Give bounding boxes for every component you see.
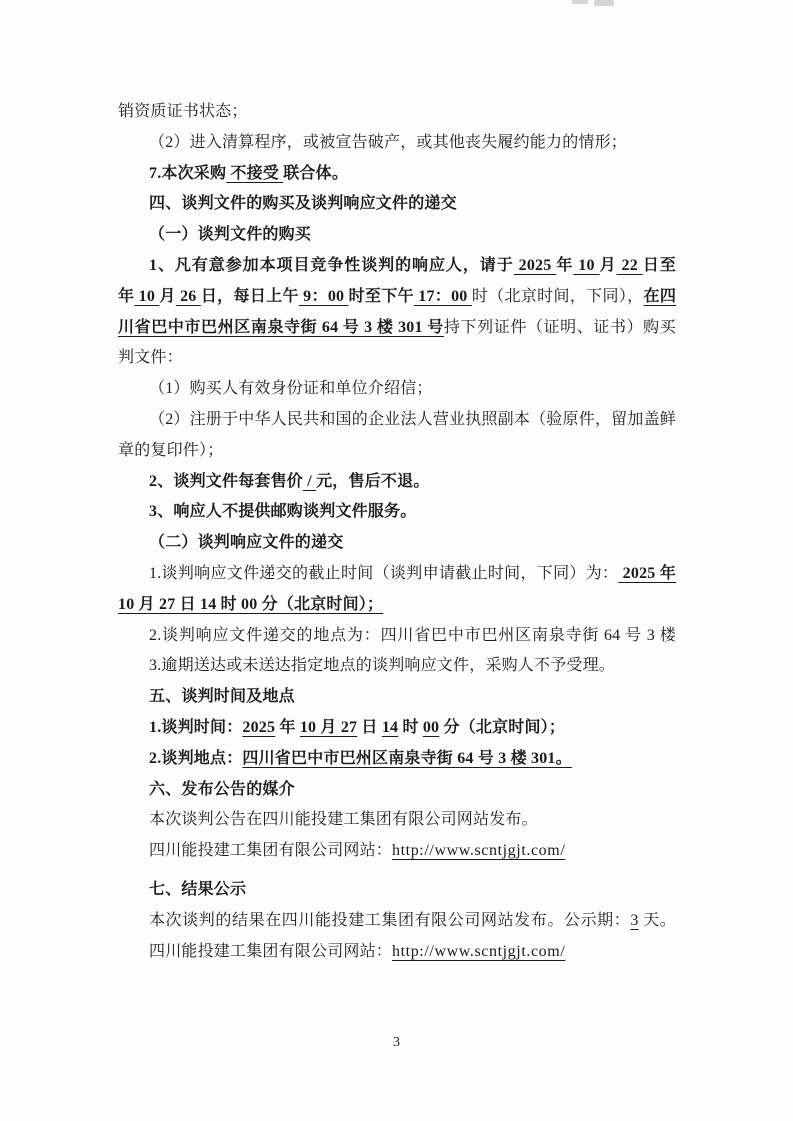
- text-segment: （一）谈判文件的购买: [149, 226, 311, 243]
- text-line: （1）购买人有效身份证和单位介绍信；: [118, 374, 676, 405]
- text-line: 年 10 月 26 日，每日上午 9：00 时至下午 17：00 时（北京时间，…: [118, 282, 676, 313]
- text-line: 章的复印件）；: [118, 436, 676, 467]
- text-line: 10 月 27 日 14 时 00 分（北京时间）；: [118, 590, 676, 621]
- scan-artifact: [572, 0, 588, 4]
- text-line: 五、谈判时间及地点: [118, 682, 676, 713]
- text-line: 判文件：: [118, 343, 676, 374]
- text-line: 3.逾期送达或未送达指定地点的谈判响应文件，采购人不予受理。: [118, 651, 676, 682]
- text-segment: 年: [556, 257, 573, 274]
- text-segment: 不接受: [226, 165, 283, 182]
- scan-artifact: [594, 0, 614, 6]
- text-segment: 联合体。: [283, 165, 348, 182]
- text-segment: 2025: [514, 257, 557, 274]
- text-line: 2.谈判响应文件递交的地点为：四川省巴中市巴州区南泉寺街 64 号 3 楼 30…: [118, 621, 676, 652]
- text-segment: 在四: [644, 288, 677, 305]
- text-segment: /: [303, 473, 316, 490]
- text-segment: 10 月 27 日 14 时 00 分（北京时间）；: [118, 596, 383, 613]
- text-line: （2）注册于中华人民共和国的企业法人营业执照副本（验原件，留加盖鲜: [118, 405, 676, 436]
- text-segment: 七、结果公示: [149, 881, 246, 898]
- text-segment: 22: [617, 257, 643, 274]
- document-body: 销资质证书状态；（2）进入清算程序，或被宣告破产，或其他丧失履约能力的情形；7.…: [118, 97, 676, 967]
- text-segment: 时至下午: [349, 288, 414, 305]
- text-segment: 判文件：: [118, 349, 183, 366]
- text-segment: 00: [423, 719, 439, 736]
- text-line: 本次谈判公告在四川能投建工集团有限公司网站发布。: [118, 805, 676, 836]
- document-page: 销资质证书状态；（2）进入清算程序，或被宣告破产，或其他丧失履约能力的情形；7.…: [0, 0, 793, 1121]
- text-segment: 四川省巴中市巴州区南泉寺街 64 号 3 楼 301。: [242, 750, 571, 767]
- text-segment: （2）进入清算程序，或被宣告破产，或其他丧失履约能力的情形；: [149, 134, 627, 151]
- text-segment: 1、凡有意参加本项目竞争性谈判的响应人，请于: [149, 257, 514, 274]
- text-segment: 9：00: [299, 288, 349, 305]
- text-segment: 2.谈判响应文件递交的地点为：四川省巴中市巴州区南泉寺街 64 号 3 楼 30…: [118, 627, 676, 652]
- text-segment: 分（北京时间）；: [439, 719, 565, 736]
- url-text: http://www.scntjgjt.com/: [392, 842, 565, 859]
- text-segment: 川省巴中市巴州区南泉寺街 64 号 3 楼 301 号: [118, 319, 444, 336]
- text-segment: 月: [600, 257, 617, 274]
- text-line: 1.谈判响应文件递交的截止时间（谈判申请截止时间，下同）为： 2025 年: [118, 559, 676, 590]
- text-segment: 六、发布公告的媒介: [149, 781, 295, 798]
- text-segment: 本次谈判公告在四川能投建工集团有限公司网站发布。: [149, 811, 538, 828]
- text-segment: 26: [176, 288, 201, 305]
- text-segment: （1）购买人有效身份证和单位介绍信；: [149, 380, 433, 397]
- text-segment: 1.谈判时间：: [149, 719, 242, 736]
- text-segment: 时（北京时间，下同），: [472, 288, 644, 305]
- text-segment: 2.谈判地点：: [149, 750, 242, 767]
- text-segment: 17：00: [414, 288, 472, 305]
- text-segment: 日: [357, 719, 382, 736]
- text-segment: 月: [159, 288, 175, 305]
- text-line: 2、谈判文件每套售价 / 元，售后不退。: [118, 467, 676, 498]
- text-segment: 2025 年: [618, 565, 676, 582]
- text-line: 销资质证书状态；: [118, 97, 676, 128]
- text-segment: 3.逾期送达或未送达指定地点的谈判响应文件，采购人不予受理。: [149, 657, 615, 674]
- text-line: 3、响应人不提供邮购谈判文件服务。: [118, 497, 676, 528]
- text-segment: 元，售后不退。: [316, 473, 429, 490]
- text-segment: 2025: [242, 719, 275, 736]
- text-segment: 年: [118, 288, 134, 305]
- text-line: 本次谈判的结果在四川能投建工集团有限公司网站发布。公示期：3 天。: [118, 906, 676, 937]
- text-segment: 2、谈判文件每套售价: [149, 473, 303, 490]
- text-segment: 五、谈判时间及地点: [149, 688, 295, 705]
- text-line: 四川能投建工集团有限公司网站：http://www.scntjgjt.com/: [118, 836, 676, 867]
- text-line: 7.本次采购 不接受 联合体。: [118, 159, 676, 190]
- text-segment: （二）谈判响应文件的递交: [149, 534, 343, 551]
- text-segment: 10: [573, 257, 599, 274]
- text-segment: 3: [630, 912, 638, 929]
- text-line: 2.谈判地点：四川省巴中市巴州区南泉寺街 64 号 3 楼 301。: [118, 744, 676, 775]
- text-line: 川省巴中市巴州区南泉寺街 64 号 3 楼 301 号持下列证件（证明、证书）购…: [118, 313, 676, 344]
- text-line: 七、结果公示: [118, 875, 676, 906]
- text-segment: 四川能投建工集团有限公司网站：: [149, 943, 392, 960]
- text-line: （2）进入清算程序，或被宣告破产，或其他丧失履约能力的情形；: [118, 128, 676, 159]
- text-line: 1、凡有意参加本项目竞争性谈判的响应人，请于 2025 年 10 月 22 日至…: [118, 251, 676, 282]
- text-segment: 章的复印件）；: [118, 442, 223, 459]
- text-segment: 四川能投建工集团有限公司网站：: [149, 842, 392, 859]
- text-line: 1.谈判时间：2025 年 10 月 27 日 14 时 00 分（北京时间）；: [118, 713, 676, 744]
- text-segment: 本次谈判的结果在四川能投建工集团有限公司网站发布。公示期：: [149, 912, 630, 929]
- text-segment: 日，每日上午: [201, 288, 299, 305]
- text-segment: 10 月 27: [300, 719, 357, 736]
- text-segment: 3、响应人不提供邮购谈判文件服务。: [149, 503, 416, 520]
- text-segment: 14: [382, 719, 398, 736]
- text-segment: 销资质证书状态；: [118, 103, 248, 120]
- text-segment: 1.谈判响应文件递交的截止时间（谈判申请截止时间，下同）为：: [149, 565, 618, 582]
- text-line: 四川能投建工集团有限公司网站：http://www.scntjgjt.com/: [118, 937, 676, 968]
- text-line: 四、谈判文件的购买及谈判响应文件的递交: [118, 189, 676, 220]
- text-segment: 四、谈判文件的购买及谈判响应文件的递交: [149, 195, 457, 212]
- page-number: 3: [0, 1035, 793, 1051]
- text-segment: 10: [134, 288, 159, 305]
- text-segment: 7.本次采购: [149, 165, 226, 182]
- text-line: （一）谈判文件的购买: [118, 220, 676, 251]
- text-segment: 日至: [643, 257, 676, 274]
- text-segment: 天。: [639, 912, 676, 929]
- text-segment: 时: [398, 719, 423, 736]
- text-segment: （2）注册于中华人民共和国的企业法人营业执照副本（验原件，留加盖鲜: [149, 411, 676, 428]
- text-line: （二）谈判响应文件的递交: [118, 528, 676, 559]
- url-text: http://www.scntjgjt.com/: [392, 943, 565, 960]
- text-segment: 年: [275, 719, 300, 736]
- text-line: 六、发布公告的媒介: [118, 775, 676, 806]
